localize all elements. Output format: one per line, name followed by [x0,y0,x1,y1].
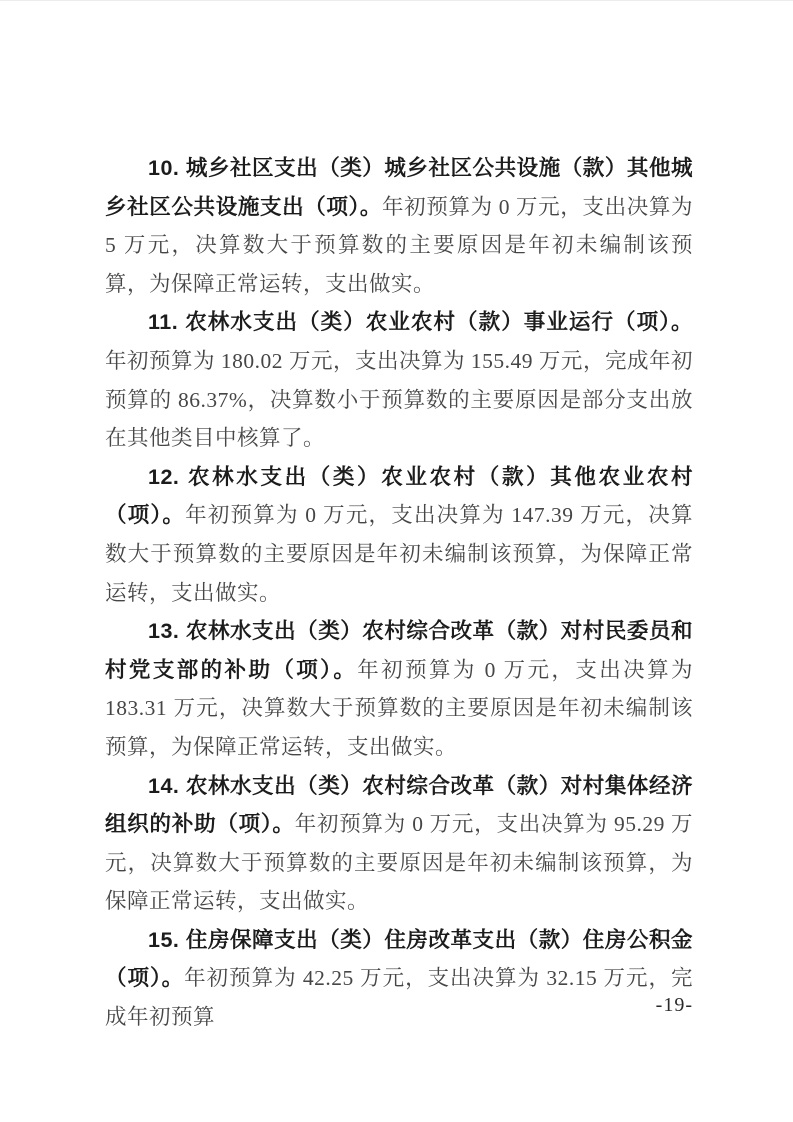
paragraph-heading: 11. 农林水支出（类）农业农村（款）事业运行（项）。 [148,310,693,334]
paragraph-body: 年初预算为 180.02 万元，支出决算为 155.49 万元，完成年初预算的 … [105,349,693,450]
paragraph-body: 年初预算为 0 万元，支出决算为 147.39 万元，决算数大于预算数的主要原因… [105,503,693,604]
paragraph-item-14: 14. 农林水支出（类）农村综合改革（款）对村集体经济组织的补助（项）。年初预算… [105,767,693,921]
paragraph-item-11: 11. 农林水支出（类）农业农村（款）事业运行（项）。年初预算为 180.02 … [105,303,693,457]
paragraph-body: 年初预算为 42.25 万元，支出决算为 32.15 万元，完成年初预算 [105,966,693,1029]
document-page: 10. 城乡社区支出（类）城乡社区公共设施（款）其他城乡社区公共设施支出（项）。… [0,0,793,1122]
paragraph-item-12: 12. 农林水支出（类）农业农村（款）其他农业农村（项）。年初预算为 0 万元，… [105,458,693,612]
document-body: 10. 城乡社区支出（类）城乡社区公共设施（款）其他城乡社区公共设施支出（项）。… [105,149,693,1037]
paragraph-item-15: 15. 住房保障支出（类）住房改革支出（款）住房公积金（项）。年初预算为 42.… [105,921,693,1037]
paragraph-item-10: 10. 城乡社区支出（类）城乡社区公共设施（款）其他城乡社区公共设施支出（项）。… [105,149,693,303]
page-number: -19- [656,994,693,1017]
paragraph-item-13: 13. 农林水支出（类）农村综合改革（款）对村民委员和村党支部的补助（项）。年初… [105,612,693,766]
